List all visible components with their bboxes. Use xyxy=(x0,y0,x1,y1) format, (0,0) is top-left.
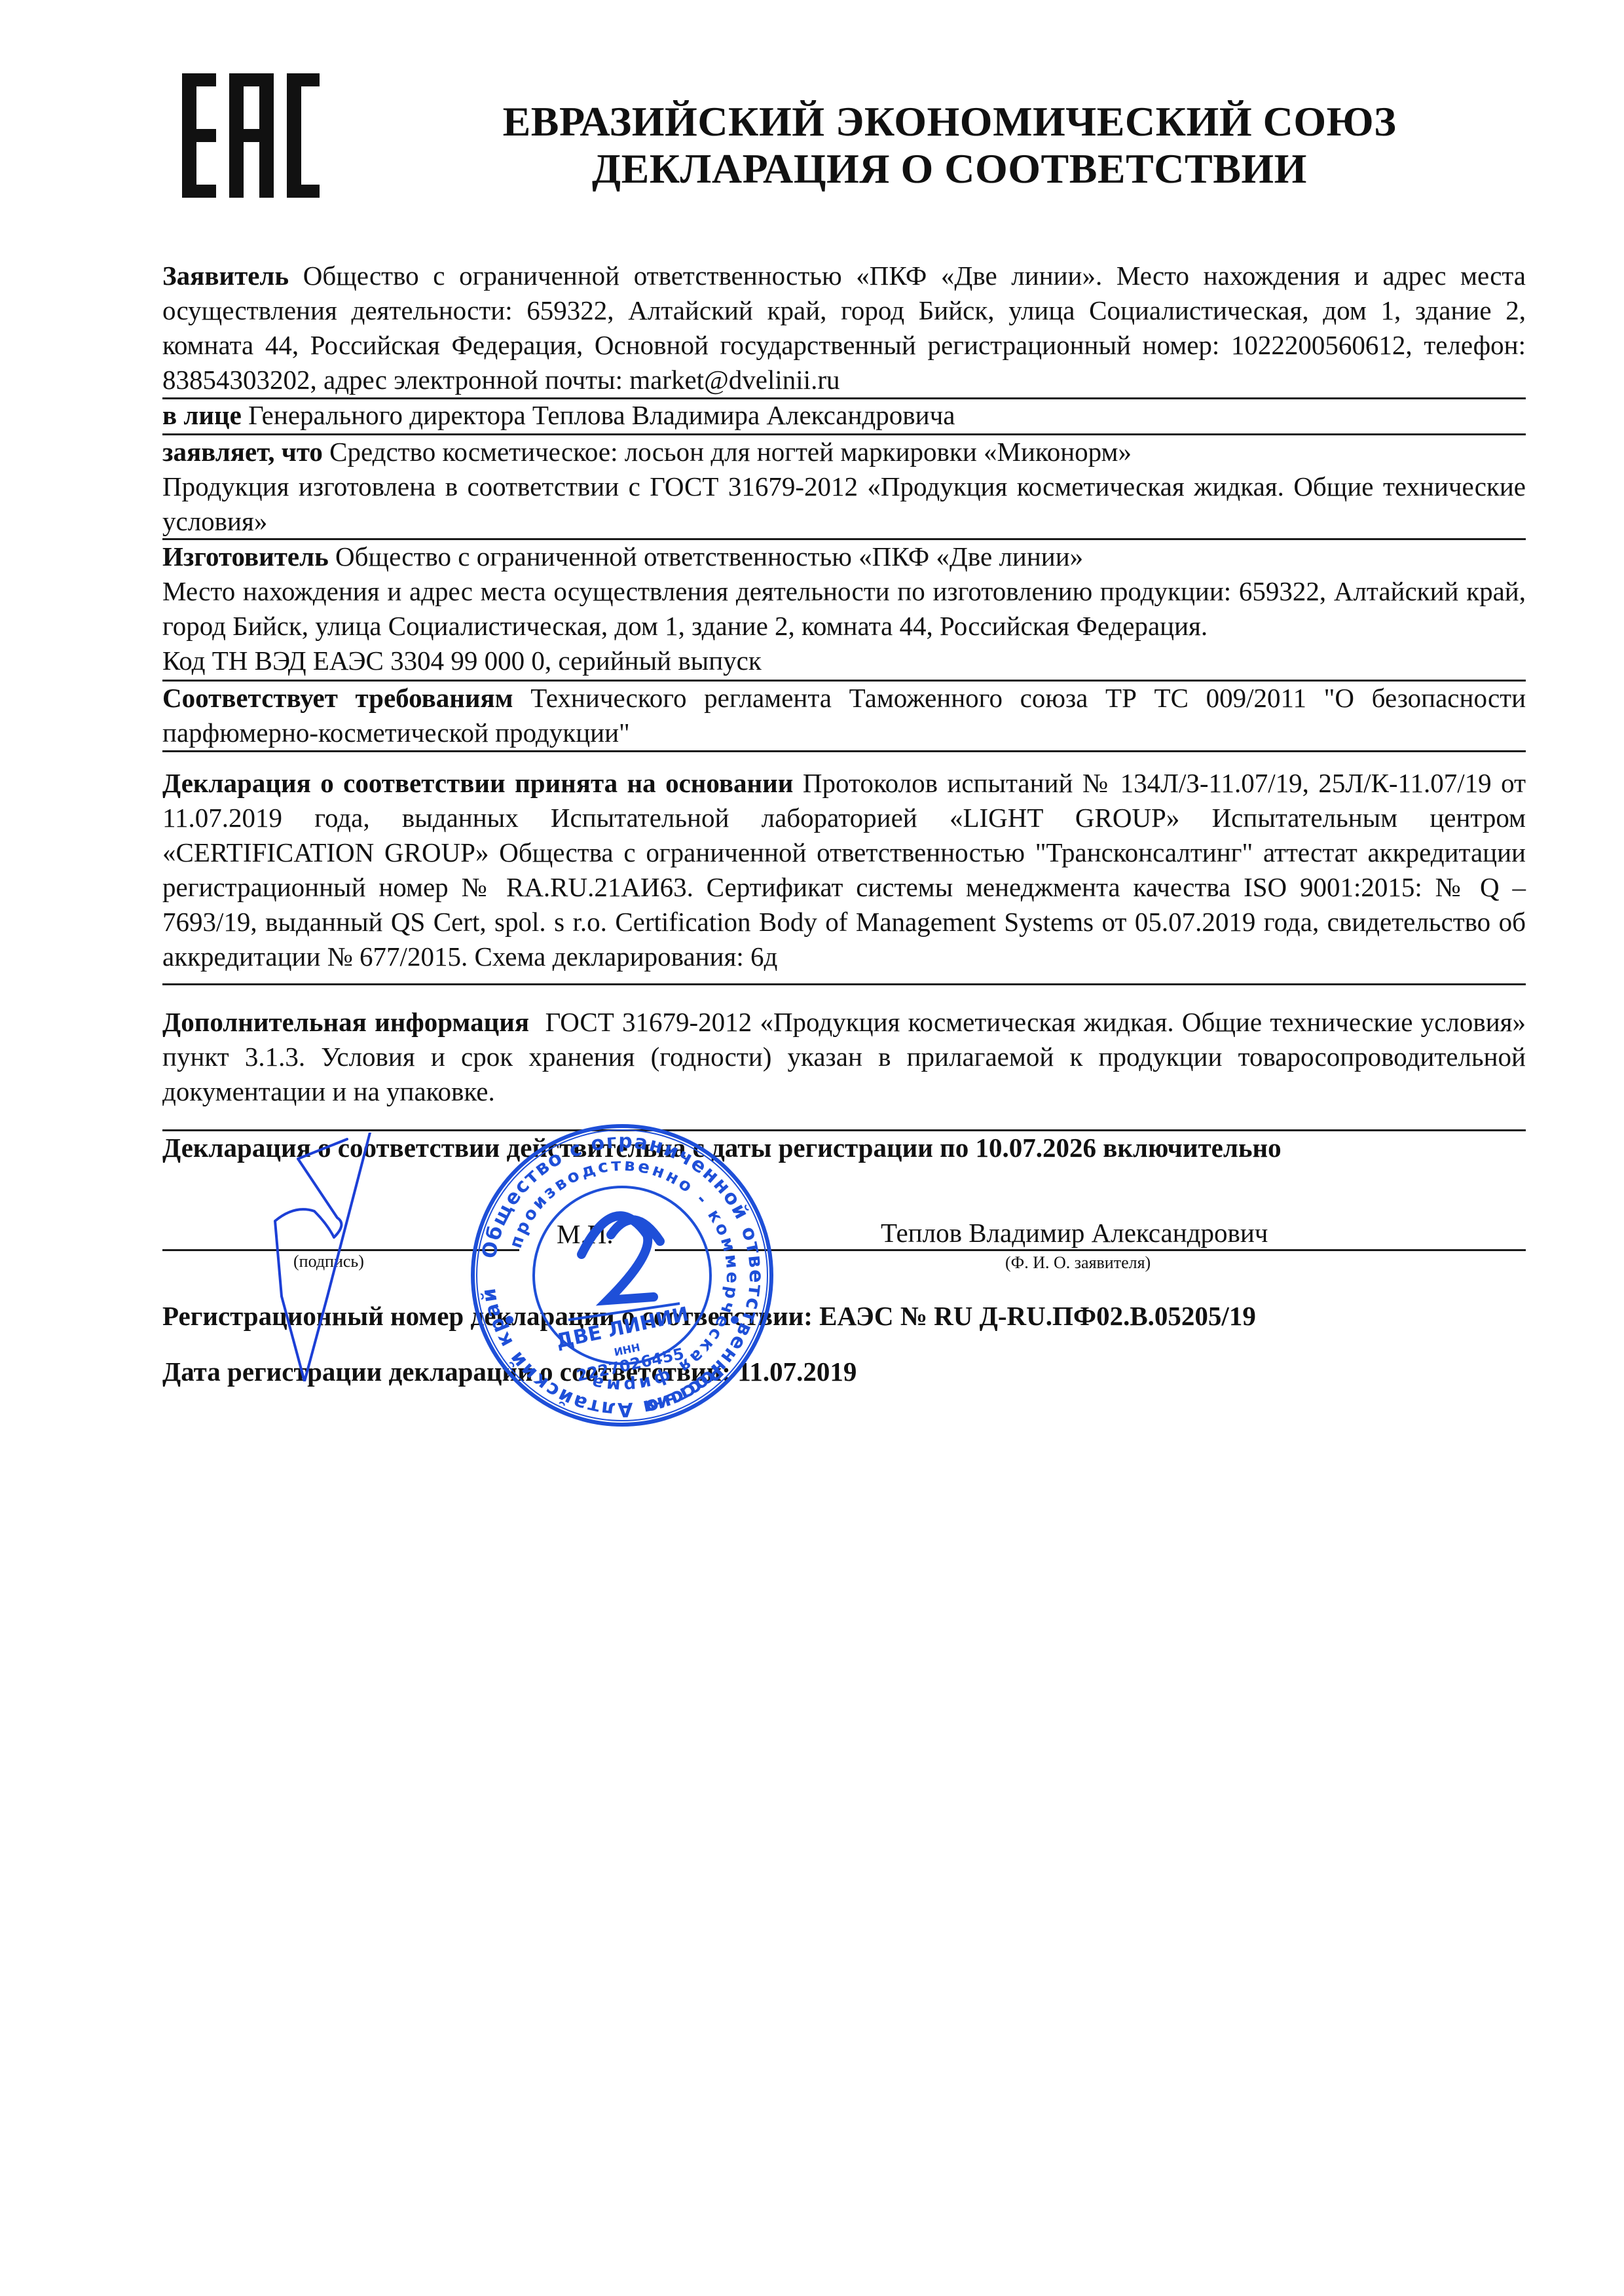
document-title: ЕВРАЗИЙСКИЙ ЭКОНОМИЧЕСКИЙ СОЮЗ ДЕКЛАРАЦИ… xyxy=(458,98,1441,192)
declares-label: заявляет, что xyxy=(162,437,323,467)
applicant-text: Общество с ограниченной ответственностью… xyxy=(162,261,1526,395)
declares-section: заявляет, что Средство косметическое: ло… xyxy=(162,435,1526,469)
basis-label: Декларация о соответствии принята на осн… xyxy=(162,768,793,798)
basis-text: Протоколов испытаний № 134Л/З-11.07/19, … xyxy=(162,768,1526,972)
name-line xyxy=(655,1249,1526,1251)
additional-info-section: Дополнительная информация ГОСТ 31679-201… xyxy=(162,1005,1526,1109)
product-standard: Продукция изготовлена в соответствии с Г… xyxy=(162,469,1526,539)
manufacturer-text: Общество с ограниченной ответственностью… xyxy=(335,541,1083,572)
name-caption: (Ф. И. О. заявителя) xyxy=(1005,1253,1151,1273)
manufacturer-address: Место нахождения и адрес места осуществл… xyxy=(162,574,1526,644)
company-stamp-icon: Общество с ограниченной ответственностью… xyxy=(470,1123,774,1427)
product-standard-text: Продукция изготовлена в соответствии с Г… xyxy=(162,471,1526,536)
complies-section: Соответствует требованиям Технического р… xyxy=(162,681,1526,750)
hs-code-text: Код ТН ВЭД ЕАЭС 3304 99 000 0, серийный … xyxy=(162,646,762,676)
product-name: Средство косметическое: лосьон для ногте… xyxy=(329,437,1132,467)
applicant-section: Заявитель Общество с ограниченной ответс… xyxy=(162,259,1526,397)
represented-by-label: в лице xyxy=(162,400,242,430)
represented-by-section: в лице Генерального директора Теплова Вл… xyxy=(162,398,1526,433)
manufacturer-label: Изготовитель xyxy=(162,541,329,572)
applicant-name: Теплов Владимир Александрович xyxy=(881,1216,1268,1249)
complies-label: Соответствует требованиям xyxy=(162,683,513,713)
title-union: ЕВРАЗИЙСКИЙ ЭКОНОМИЧЕСКИЙ СОЮЗ xyxy=(458,98,1441,145)
divider xyxy=(162,983,1526,985)
title-declaration: ДЕКЛАРАЦИЯ О СООТВЕТСТВИИ xyxy=(458,145,1441,192)
represented-by-text: Генерального директора Теплова Владимира… xyxy=(248,400,955,430)
eac-logo-icon xyxy=(182,73,320,198)
handwritten-signature-icon xyxy=(249,1133,399,1381)
additional-info-label: Дополнительная информация xyxy=(162,1007,529,1037)
manufacturer-address-text: Место нахождения и адрес места осуществл… xyxy=(162,576,1526,641)
registration-number-value: ЕАЭС № RU Д-RU.ПФ02.В.05205/19 xyxy=(819,1301,1256,1331)
basis-section: Декларация о соответствии принята на осн… xyxy=(162,766,1526,974)
applicant-label: Заявитель xyxy=(162,261,289,291)
hs-code: Код ТН ВЭД ЕАЭС 3304 99 000 0, серийный … xyxy=(162,644,1526,678)
divider xyxy=(162,750,1526,752)
manufacturer-section: Изготовитель Общество с ограниченной отв… xyxy=(162,539,1526,574)
